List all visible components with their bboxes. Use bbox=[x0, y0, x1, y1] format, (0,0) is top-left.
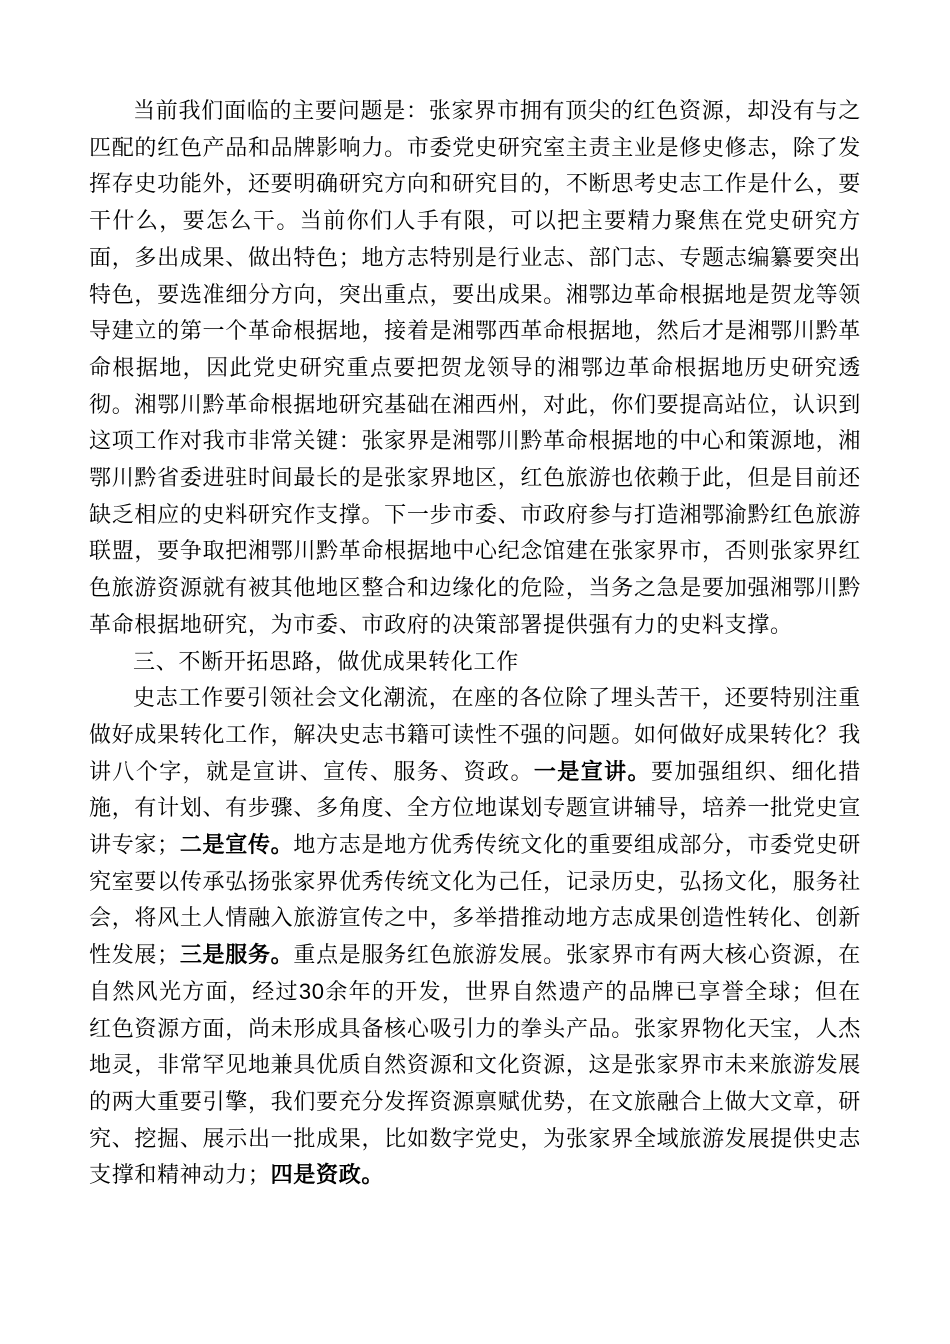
text-run: 三、不断开拓思路，做优成果转化工作 bbox=[133, 649, 519, 674]
paragraph: 史志工作要引领社会文化潮流，在座的各位除了埋头苦干，还要特别注重做好成果转化工作… bbox=[89, 680, 861, 1194]
bold-text-run: 一是宣讲。 bbox=[534, 759, 651, 784]
document-body: 当前我们面临的主要问题是：张家界市拥有顶尖的红色资源，却没有与之匹配的红色产品和… bbox=[89, 93, 861, 1194]
document-page: 当前我们面临的主要问题是：张家界市拥有顶尖的红色资源，却没有与之匹配的红色产品和… bbox=[0, 0, 950, 1344]
paragraph: 当前我们面临的主要问题是：张家界市拥有顶尖的红色资源，却没有与之匹配的红色产品和… bbox=[89, 93, 861, 644]
bold-text-run: 三是服务。 bbox=[180, 942, 294, 967]
text-run: 重点是服务红色旅游发展。张家界市有两大核心资源，在自然风光方面，经过30余年的开… bbox=[89, 942, 861, 1187]
bold-text-run: 二是宣传。 bbox=[180, 832, 294, 857]
section-heading: 三、不断开拓思路，做优成果转化工作 bbox=[89, 644, 861, 681]
bold-text-run: 四是资政。 bbox=[271, 1162, 385, 1187]
text-run: 当前我们面临的主要问题是：张家界市拥有顶尖的红色资源，却没有与之匹配的红色产品和… bbox=[89, 98, 861, 637]
